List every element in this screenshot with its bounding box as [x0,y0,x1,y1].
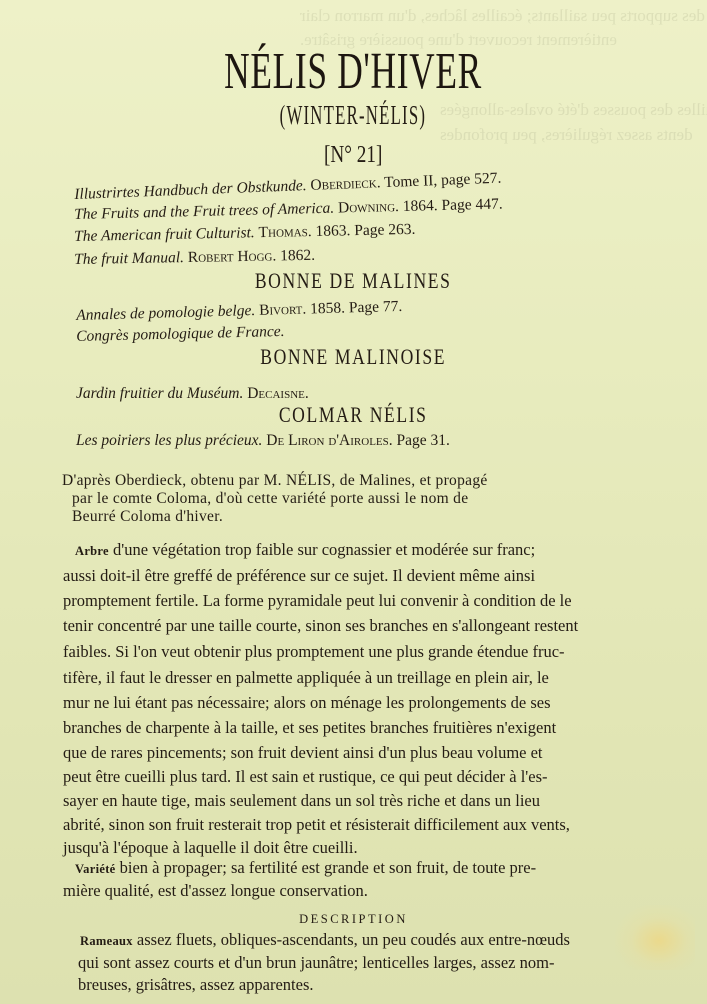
reference-detail: Tome II, page 527. [384,170,502,191]
body-line: aussi doit-il être greffé de préférence … [63,566,535,586]
synonym-heading: BONNE DE MALINES [70,268,636,294]
body-line: breuses, grisâtres, assez apparentes. [78,975,314,995]
reference-work: Illustrirtes Handbuch der Obstkunde. [74,177,307,203]
reference-line: Jardin fruitier du Muséum. Decaisne. [76,385,309,403]
paragraph-lead: Variété [75,862,116,876]
intro-line: D'après Oberdieck, obtenu par M. NÉLIS, … [62,472,488,490]
body-text: bien à propager; sa fertilité est grande… [116,858,537,877]
body-line: tifère, il faut le dresser en palmette a… [63,668,549,688]
intro-line: par le comte Coloma, d'où cette variété … [72,490,468,508]
reference-work: The fruit Manual. [74,249,184,268]
paragraph-lead: Arbre [75,544,109,558]
reference-line: Annales de pomologie belge. Bivort. 1858… [76,298,403,325]
intro-line: Beurré Coloma d'hiver. [72,508,223,526]
reference-author: Bivort. [259,301,307,319]
reference-detail: 1863. Page 263. [315,221,415,240]
reference-work: Annales de pomologie belge. [76,302,255,324]
reference-work: The American fruit Culturist. [74,224,255,245]
body-line: que de rares pincements; son fruit devie… [63,743,543,763]
reference-line: Les poiriers les plus précieux. De Liron… [76,432,450,450]
body-line: peut être cueilli plus tard. Il est sain… [63,767,548,787]
page-title: NÉLIS D'HIVER [113,42,594,101]
body-line: branches de charpente à la taille, et se… [63,718,556,738]
paragraph-lead: Rameaux [80,934,133,948]
body-line: mière qualité, est d'assez longue conser… [63,881,368,901]
reference-work: The Fruits and the Fruit trees of Americ… [74,200,334,223]
body-line: Rameaux assez fluets, obliques-ascendant… [80,930,570,950]
reference-detail: 1864. Page 447. [403,196,503,215]
reference-author: Downing. [338,198,399,216]
reference-author: Robert Hogg. [188,247,277,266]
reference-detail: Page 31. [397,432,450,449]
body-line: Arbre d'une végétation trop faible sur c… [75,540,535,560]
body-line: sayer en haute tige, mais seulement dans… [63,791,540,811]
synonym-heading: COLMAR NÉLIS [70,402,636,428]
page-subtitle: (WINTER-NÉLIS) [134,100,572,131]
book-page: sur des supports peu saillants; écailles… [0,0,707,1004]
photo-glare [615,905,695,970]
body-line: qui sont assez courts et d'un brun jaunâ… [78,953,554,973]
section-heading: DESCRIPTION [0,912,707,927]
reference-author: Oberdieck. [310,174,381,194]
reference-author: Decaisne. [247,385,309,402]
body-text: assez fluets, obliques-ascendants, un pe… [133,930,570,949]
body-text: d'une végétation trop faible sur cognass… [109,540,535,559]
synonym-heading: BONNE MALINOISE [70,344,636,370]
reference-author: De Liron d'Airoles. [266,432,392,449]
reference-author: Thomas. [258,223,311,241]
body-line: abrité, sinon son fruit resterait trop p… [63,815,570,835]
body-line: tenir concentré par une taille courte, s… [63,616,578,636]
reference-line: The American fruit Culturist. Thomas. 18… [74,221,416,246]
reference-work: Congrès pomologique de France. [76,323,285,345]
reference-work: Jardin fruitier du Muséum. [76,385,243,402]
reference-work: Les poiriers les plus précieux. [76,432,262,449]
show-through-text: sur des supports peu saillants; écailles… [300,6,707,26]
reference-detail: 1862. [280,247,315,265]
reference-line: Congrès pomologique de France. [76,323,285,346]
body-line: mur ne lui étant pas nécessaire; alors o… [63,693,551,713]
variety-number: [N° 21] [70,142,636,169]
body-line: faibles. Si l'on veut obtenir plus promp… [63,642,565,662]
reference-line: The fruit Manual. Robert Hogg. 1862. [74,247,315,269]
reference-detail: 1858. Page 77. [310,298,403,318]
body-line: Variété bien à propager; sa fertilité es… [75,858,536,878]
body-line: promptement fertile. La forme pyramidale… [63,591,572,611]
body-line: jusqu'à l'époque à laquelle il doit être… [63,838,358,858]
